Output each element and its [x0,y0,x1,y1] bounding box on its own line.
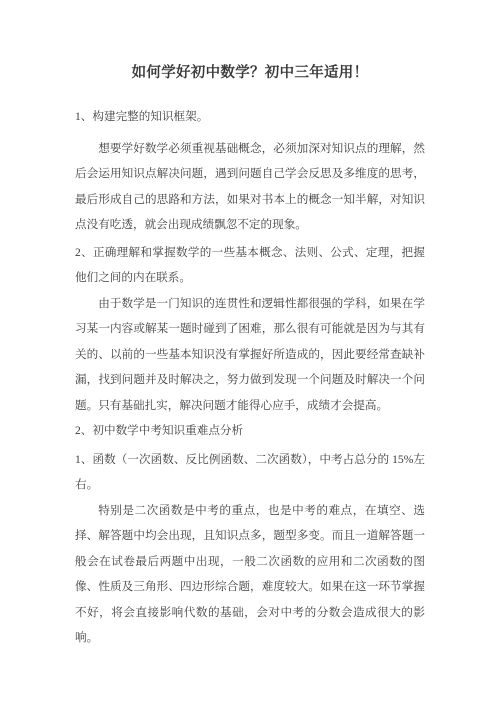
paragraph-basic-concepts: 想要学好数学必须重视基础概念，必须加深对知识点的理解，然后会运用知识点解决问题，… [75,136,425,238]
paragraph-coherence-logic: 由于数学是一门知识的连贯性和逻辑性都很强的学科，如果在学习某一内容或解某一题时碰… [75,291,425,419]
section-heading-exam-analysis: 2、初中数学中考知识重难点分析 [75,418,425,444]
paragraph-quadratic-functions: 特别是二次函数是中考的重点，也是中考的难点，在填空、选择、解答题中均会出现，且知… [75,498,425,651]
numbered-item-understand-rules: 2、正确理解和掌握数学的一些基本概念、法则、公式、定理，把握他们之间的内在联系。 [75,240,425,291]
document-page: 如何学好初中数学？初中三年适用！ 1、构建完整的知识框架。 想要学好数学必须重视… [0,0,500,707]
page-title: 如何学好初中数学？初中三年适用！ [75,62,425,84]
numbered-item-knowledge-framework: 1、构建完整的知识框架。 [75,104,425,130]
numbered-item-functions: 1、函数（一次函数、反比例函数、二次函数），中考占总分的 15%左右。 [75,447,425,498]
